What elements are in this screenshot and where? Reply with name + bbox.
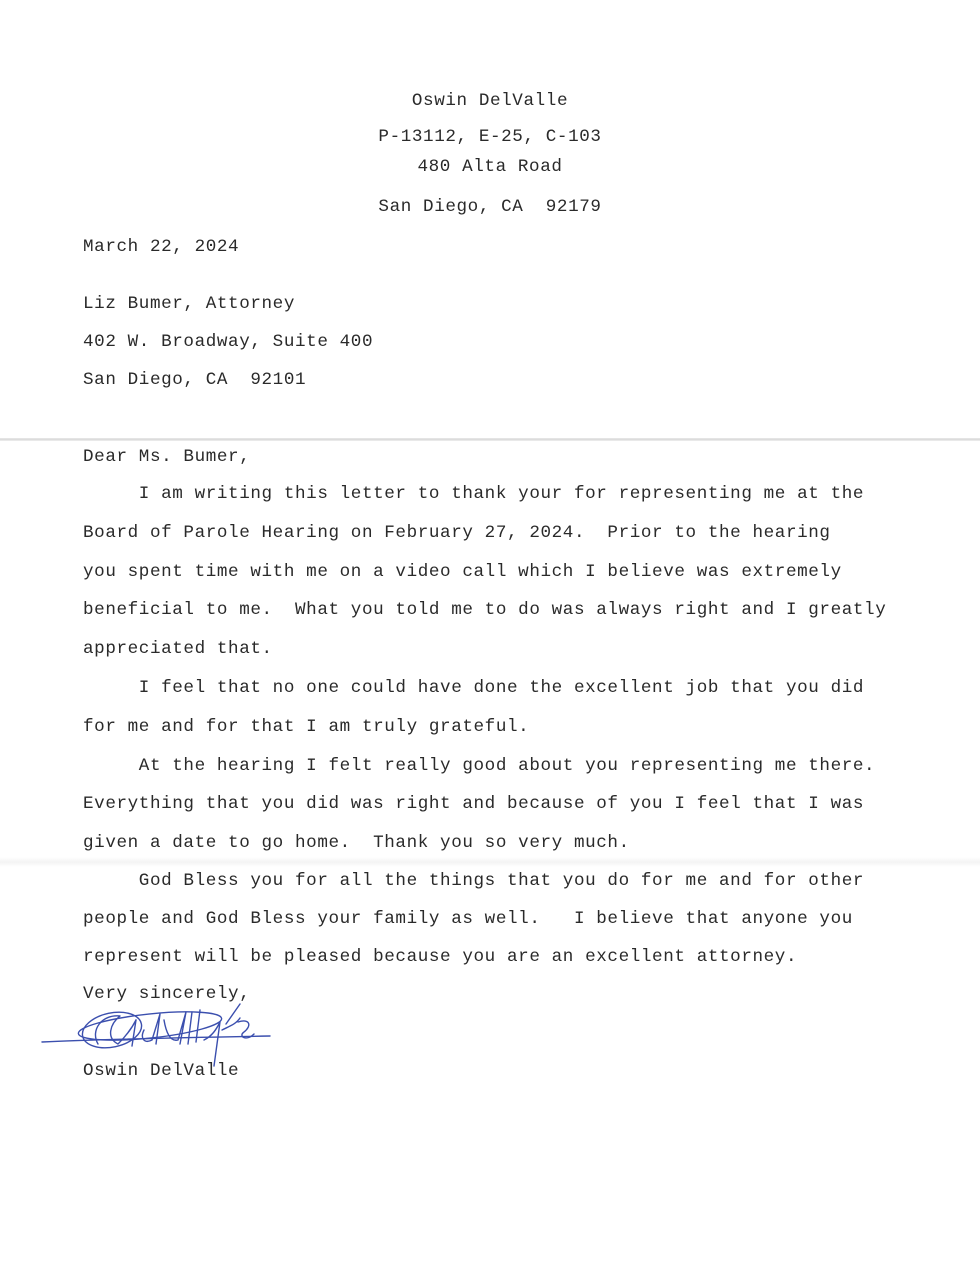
sender-street: 480 Alta Road — [0, 157, 980, 177]
body-line: you spent time with me on a video call w… — [83, 562, 842, 582]
body-line: God Bless you for all the things that yo… — [83, 871, 864, 891]
body-line: given a date to go home. Thank you so ve… — [83, 833, 630, 853]
typed-signature-name: Oswin DelValle — [83, 1061, 239, 1081]
body-line: appreciated that. — [83, 639, 273, 659]
body-line: beneficial to me. What you told me to do… — [83, 600, 886, 620]
sender-name: Oswin DelValle — [0, 91, 980, 111]
paper-fold-shadow — [0, 857, 980, 867]
body-line: I feel that no one could have done the e… — [83, 678, 864, 698]
sender-city-line: San Diego, CA 92179 — [0, 197, 980, 217]
salutation: Dear Ms. Bumer, — [83, 447, 250, 467]
body-line: At the hearing I felt really good about … — [83, 756, 875, 776]
signature-icon — [40, 1000, 290, 1070]
body-line: Everything that you did was right and be… — [83, 794, 864, 814]
body-line: for me and for that I am truly grateful. — [83, 717, 529, 737]
body-line: people and God Bless your family as well… — [83, 909, 853, 929]
recipient-city-line: San Diego, CA 92101 — [83, 370, 306, 390]
paper-fold-line — [0, 438, 980, 441]
letter-date: March 22, 2024 — [83, 237, 239, 257]
body-line: represent will be pleased because you ar… — [83, 947, 797, 967]
recipient-street: 402 W. Broadway, Suite 400 — [83, 332, 373, 352]
body-line: Board of Parole Hearing on February 27, … — [83, 523, 831, 543]
body-line: I am writing this letter to thank your f… — [83, 484, 864, 504]
sender-id-line: P-13112, E-25, C-103 — [0, 127, 980, 147]
recipient-name: Liz Bumer, Attorney — [83, 294, 295, 314]
